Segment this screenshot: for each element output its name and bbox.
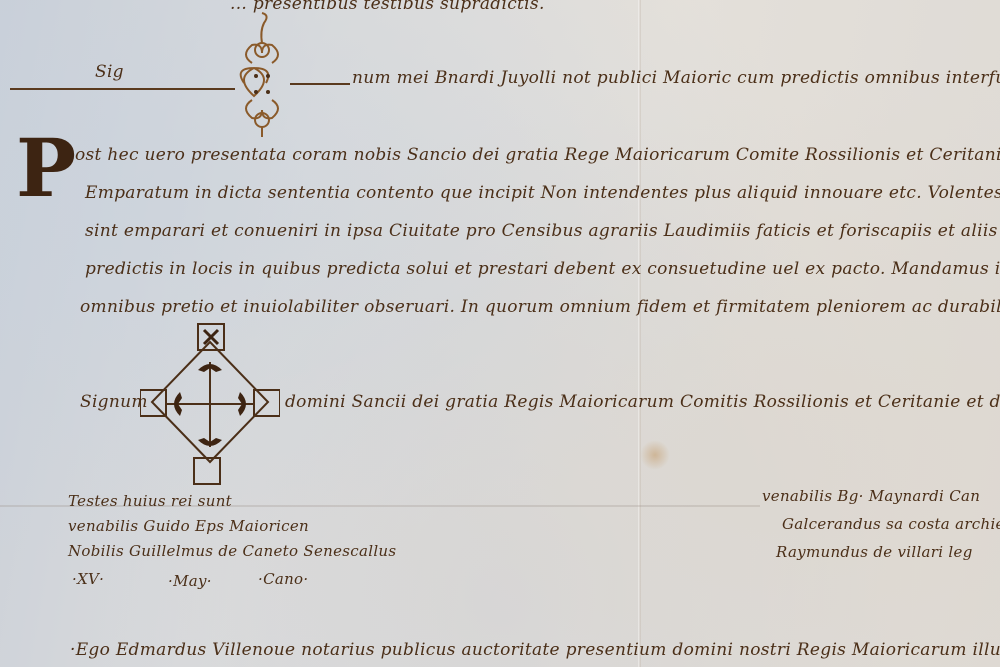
witness-right-2: Galcerandus sa costa archiepiscopi [782,515,1000,533]
notary-rule-right [290,83,350,85]
witness-left-2: venabilis Guido Eps Maioricen [68,517,309,535]
notary-knot-icon [232,8,292,138]
body-line-5: omnibus pretio et inuiolabiliter obserua… [80,297,1000,317]
body-line-2: Emparatum in dicta sententia contento qu… [85,183,1000,203]
notary-sign-text: num mei Bnardi Juyolli not publici Maior… [352,68,1000,88]
royal-cross-seal-icon [140,322,280,487]
closing-notary-line: ·Ego Edmardus Villenoue notarius publicu… [70,640,1000,660]
date-day: ·XV· [72,570,104,588]
witness-left-3: Nobilis Guillelmus de Caneto Senescallus [68,542,396,560]
decorated-initial-p: P [16,128,76,208]
notary-rule-left [10,88,235,90]
date-month: ·May· [168,572,212,590]
royal-sign-prefix: Signum [80,392,148,412]
notary-sign-prefix: Sig [95,62,124,82]
witness-left-1: Testes huius rei sunt [68,492,232,510]
body-line-4: predictis in locis in quibus predicta so… [85,259,1000,279]
parchment-fold-vertical [638,0,641,667]
witness-right-1: venabilis Bg· Maynardi Can [762,487,980,505]
royal-sign-text: domini Sancii dei gratia Regis Maioricar… [285,392,1000,412]
date-year: ·Cano· [258,570,308,588]
parchment-stain [640,440,670,470]
body-line-1: ost hec uero presentata coram nobis Sanc… [75,145,1000,165]
witness-right-3: Raymundus de villari leg [776,543,973,561]
body-line-3: sint emparari et conueniri in ipsa Ciuit… [85,221,998,241]
